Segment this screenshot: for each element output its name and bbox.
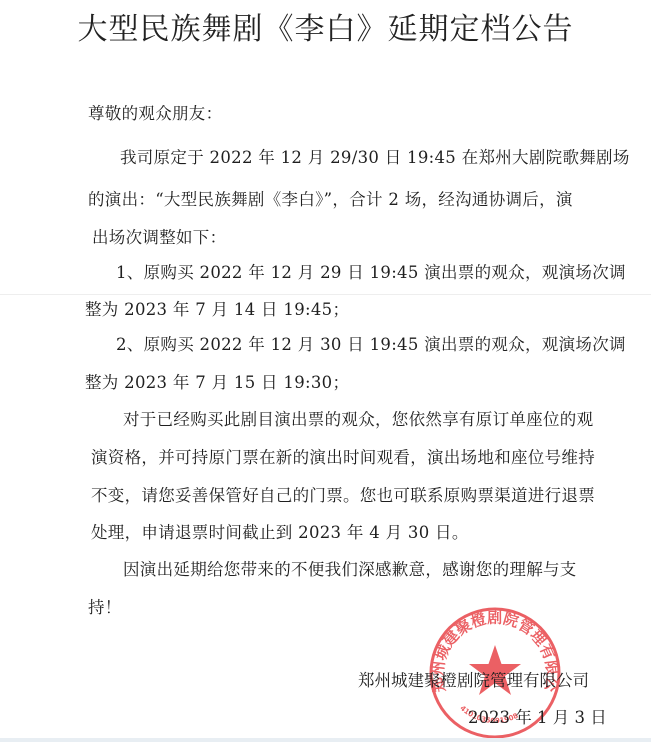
announcement-page: 大型民族舞剧《李白》延期定档公告 尊敬的观众朋友： 我司原定于 2022 年 1… — [0, 0, 651, 742]
item1-line-1: 1、原购买 2022 年 12 月 29 日 19:45 演出票的观众，观演场次… — [116, 259, 626, 283]
salutation: 尊敬的观众朋友： — [88, 100, 222, 124]
signature-date: 2023 年 1 月 3 日 — [468, 704, 607, 728]
bottom-border — [0, 738, 651, 742]
intro-line-3: 出场次调整如下： — [92, 224, 226, 248]
item2-line-2: 整为 2023 年 7 月 15 日 19:30； — [85, 369, 349, 393]
intro-line-2: 的演出：“大型民族舞剧《李白》”，合计 2 场，经沟通协调后，演 — [88, 186, 573, 210]
notice-line-2: 演资格，并可持原门票在新的演出时间观看，演出场地和座位号维持 — [91, 444, 595, 468]
notice-line-1: 对于已经购买此剧目演出票的观众，您依然享有原订单座位的观 — [123, 406, 593, 430]
apology-line-2: 持！ — [88, 594, 122, 618]
page-title: 大型民族舞剧《李白》延期定档公告 — [0, 4, 651, 48]
apology-line-1: 因演出延期给您带来的不便我们深感歉意，感谢您的理解与支 — [123, 556, 577, 580]
notice-line-3: 不变，请您妥善保管好自己的门票。您也可联系原购票渠道进行退票 — [91, 482, 595, 506]
notice-line-4: 处理，申请退票时间截止到 2023 年 4 月 30 日。 — [91, 519, 469, 543]
signature-company: 郑州城建聚橙剧院管理有限公司 — [358, 667, 589, 691]
item1-line-2: 整为 2023 年 7 月 14 日 19:45； — [85, 296, 349, 320]
intro-line-1: 我司原定于 2022 年 12 月 29/30 日 19:45 在郑州大剧院歌舞… — [120, 144, 630, 168]
item2-line-1: 2、原购买 2022 年 12 月 30 日 19:45 演出票的观众，观演场次… — [116, 331, 626, 355]
page-divider — [0, 294, 651, 295]
